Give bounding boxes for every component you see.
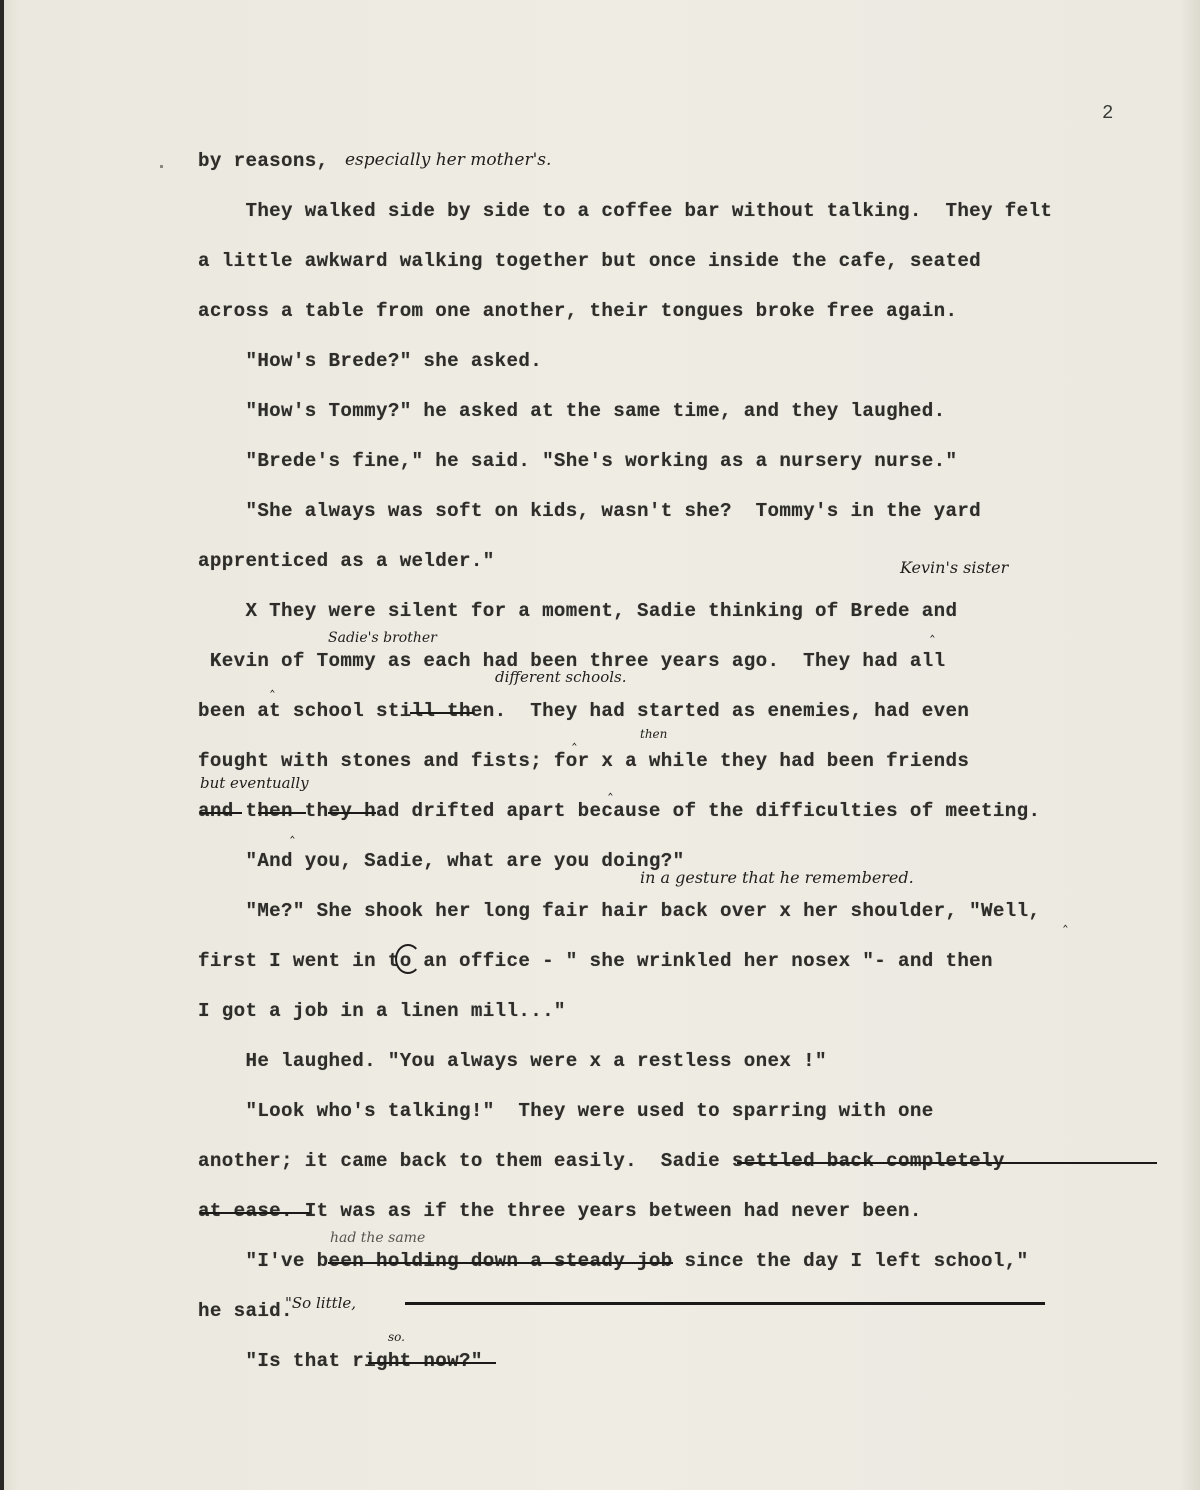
typed-line: X They were silent for a moment, Sadie t… xyxy=(198,600,957,622)
strikethrough-mark xyxy=(200,1212,310,1214)
typed-line: They walked side by side to a coffee bar… xyxy=(198,200,1052,222)
insert-caret-icon: ‸ xyxy=(608,780,613,796)
typed-line: "How's Tommy?" he asked at the same time… xyxy=(198,400,945,422)
typed-line: apprenticed as a welder." xyxy=(198,550,495,572)
typed-line: a little awkward walking together but on… xyxy=(198,250,981,272)
handwritten-note: then xyxy=(640,727,667,741)
page-number: 2 xyxy=(1102,102,1113,124)
handwritten-note: had the same xyxy=(330,1230,425,1246)
insert-caret-icon: ‸ xyxy=(290,823,295,839)
typed-line: by reasons, xyxy=(198,150,329,172)
insert-caret-icon: ‸ xyxy=(1063,912,1068,928)
handwritten-note: Sadie's brother xyxy=(328,630,437,646)
typed-line: across a table from one another, their t… xyxy=(198,300,957,322)
typed-line: first I went in to an office - " she wri… xyxy=(198,950,993,972)
strikethrough-mark xyxy=(200,812,242,814)
handwritten-note: especially her mother's. xyxy=(345,150,551,170)
strikethrough-mark xyxy=(737,1162,1157,1164)
typed-line: "I've been holding down a steady job sin… xyxy=(198,1250,1029,1272)
typed-line: another; it came back to them easily. Sa… xyxy=(198,1150,1005,1172)
insert-caret-icon: ‸ xyxy=(572,730,577,746)
typed-line: "Look who's talking!" They were used to … xyxy=(198,1100,934,1122)
typed-line: "And you, Sadie, what are you doing?" xyxy=(198,850,684,872)
typed-line: He laughed. "You always were x a restles… xyxy=(198,1050,827,1072)
handwritten-note: "So little, xyxy=(285,1294,356,1312)
typed-line: been at school still then. They had star… xyxy=(198,700,969,722)
insert-caret-icon: ‸ xyxy=(930,622,935,638)
typed-line: "Brede's fine," he said. "She's working … xyxy=(198,450,957,472)
strikethrough-mark xyxy=(328,1262,673,1264)
typed-line: "Is that right now?" xyxy=(198,1350,483,1372)
handwritten-note: so. xyxy=(388,1330,405,1344)
typed-line: "She always was soft on kids, wasn't she… xyxy=(198,500,981,522)
join-mark xyxy=(395,944,421,974)
typed-line: and then they had drifted apart because … xyxy=(198,800,1040,822)
typed-line: he said. xyxy=(198,1300,293,1322)
handwritten-note: Kevin's sister xyxy=(900,558,1008,577)
handwritten-note: in a gesture that he remembered. xyxy=(640,868,914,887)
strikethrough-mark xyxy=(410,712,474,714)
typed-line: "How's Brede?" she asked. xyxy=(198,350,542,372)
insert-caret-icon: ‸ xyxy=(270,677,275,693)
typed-line: I got a job in a linen mill..." xyxy=(198,1000,566,1022)
margin-mark xyxy=(160,165,163,168)
handwritten-note: but eventually xyxy=(200,774,309,792)
manuscript-page: 2 by reasons, They walked side by side t… xyxy=(0,0,1200,1490)
scan-edge xyxy=(0,0,4,1490)
typed-line: "Me?" She shook her long fair hair back … xyxy=(198,900,1040,922)
strikethrough-mark xyxy=(258,812,306,814)
typed-line: at ease. It was as if the three years be… xyxy=(198,1200,922,1222)
strikethrough-mark xyxy=(368,1362,496,1364)
strikethrough-mark xyxy=(405,1302,1045,1305)
strikethrough-mark xyxy=(328,812,376,814)
typed-line: fought with stones and fists; for x a wh… xyxy=(198,750,969,772)
handwritten-note: different schools. xyxy=(495,668,627,686)
